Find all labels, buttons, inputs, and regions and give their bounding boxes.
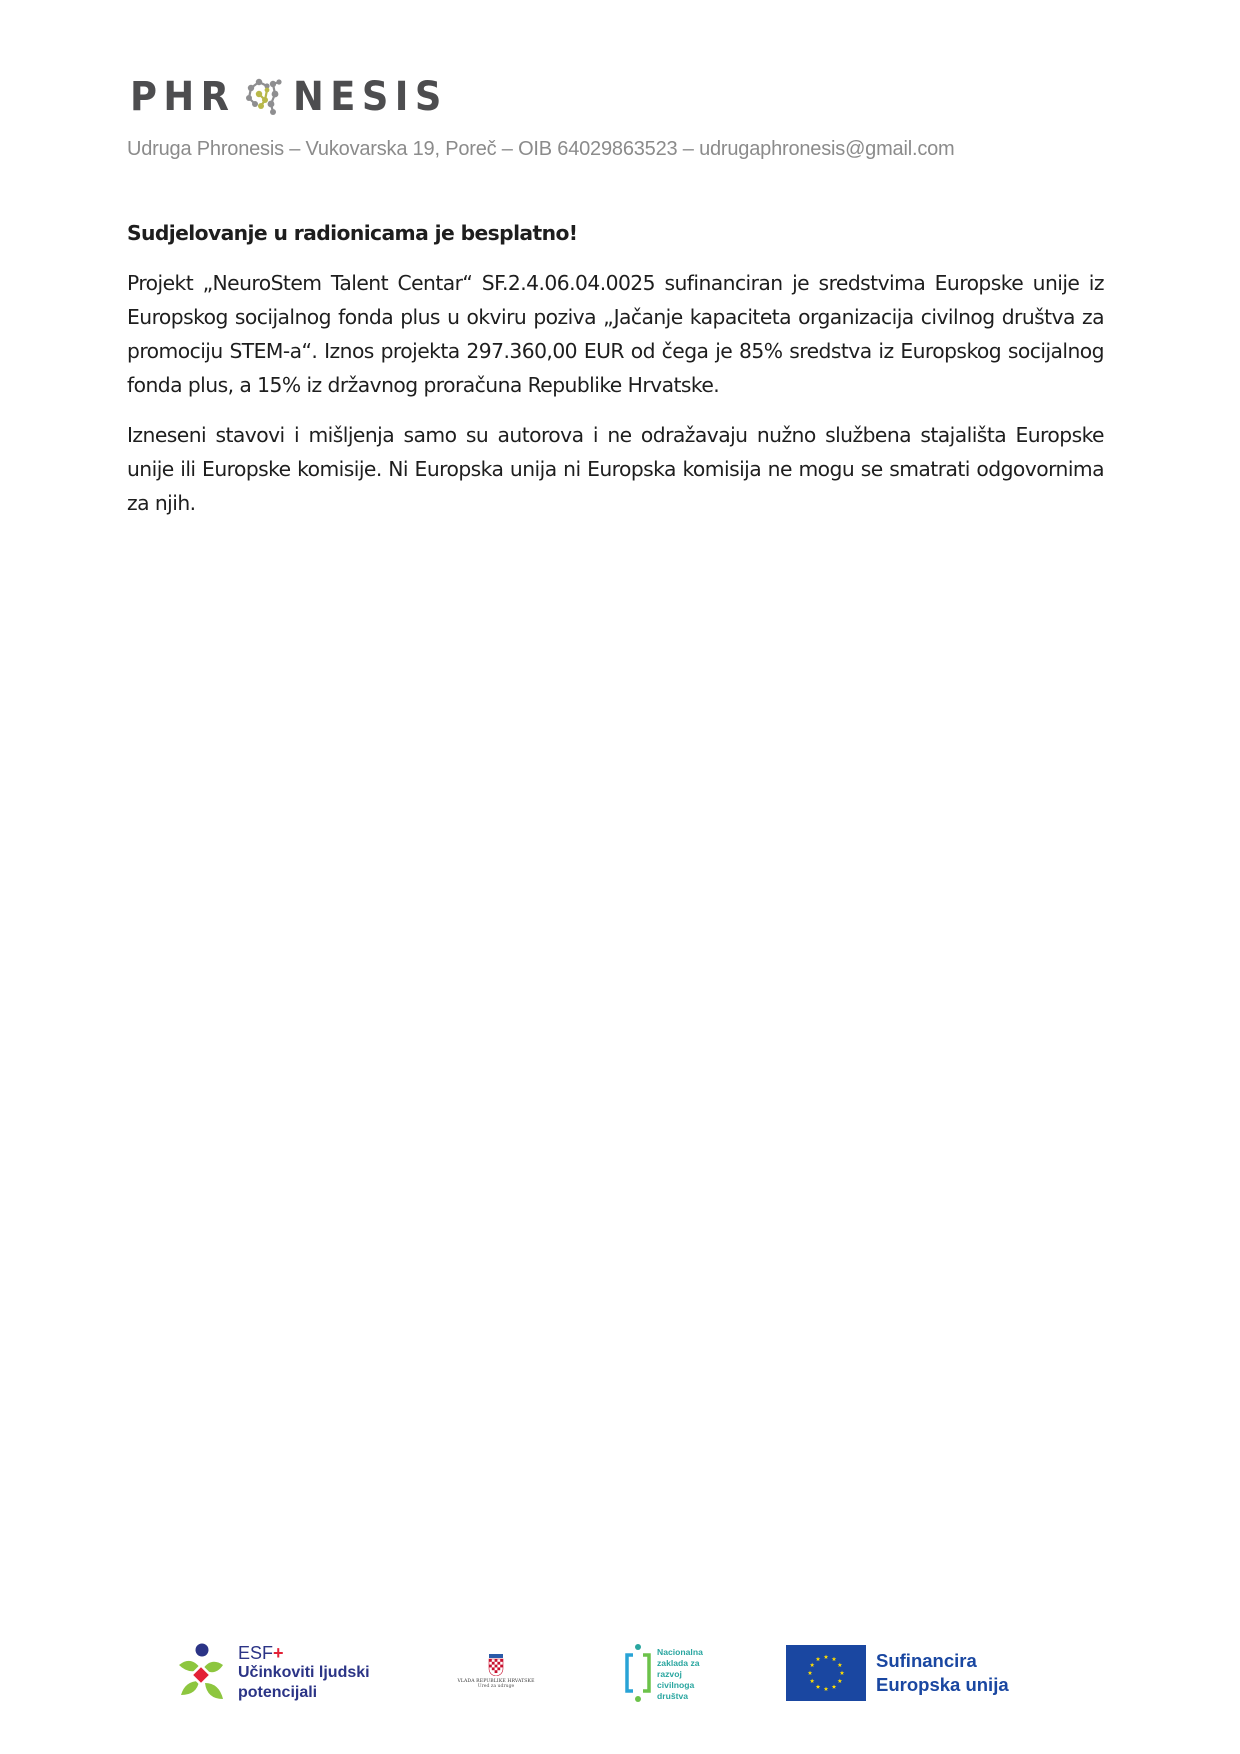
nzrcd-logo: Nacionalna zaklada za razvoj civilnoga d…: [624, 1643, 724, 1707]
nz-line-3: razvoj: [657, 1669, 703, 1680]
eu-line-1: Sufinancira: [876, 1649, 1009, 1673]
eu-flag-icon: [786, 1645, 866, 1701]
free-participation-heading: Sudjelovanje u radionicama je besplatno!: [127, 216, 1104, 250]
phronesis-logo: PHR NESIS: [130, 74, 461, 120]
nz-line-4: civilnoga: [657, 1680, 703, 1691]
nz-line-5: društva: [657, 1691, 703, 1702]
gov-sub: Ured za udruge: [455, 1684, 537, 1689]
nz-line-2: zaklada za: [657, 1658, 703, 1669]
document-body: Sudjelovanje u radionicama je besplatno!…: [127, 216, 1104, 536]
croatian-government-logo: VLADA REPUBLIKE HRVATSKE Ured za udruge: [455, 1654, 537, 1689]
esf-plus: +: [273, 1643, 284, 1663]
funding-paragraph: Projekt „NeuroStem Talent Centar“ SF.2.4…: [127, 266, 1104, 402]
nz-line-1: Nacionalna: [657, 1647, 703, 1658]
esf-pinwheel-icon: [175, 1643, 227, 1705]
logo-text-right: NESIS: [293, 74, 448, 120]
logo-text-left: PHR: [130, 74, 235, 120]
disclaimer-paragraph: Izneseni stavovi i mišljenja samo su aut…: [127, 418, 1104, 520]
sponsor-logos: ESF+ Učinkoviti ljudski potencijali VLAD…: [0, 1640, 1240, 1710]
esf-line-1: Učinkoviti ljudski: [238, 1663, 370, 1683]
bracket-dots-icon: [624, 1643, 652, 1705]
esf-brand: ESF: [238, 1643, 273, 1663]
eu-line-2: Europska unija: [876, 1673, 1009, 1697]
neuron-network-icon: [243, 74, 289, 120]
esf-line-2: potencijali: [238, 1683, 370, 1703]
contact-line: Udruga Phronesis – Vukovarska 19, Poreč …: [127, 138, 955, 161]
croatian-coat-of-arms-icon: [488, 1654, 504, 1676]
esf-logo: ESF+ Učinkoviti ljudski potencijali: [175, 1643, 375, 1705]
